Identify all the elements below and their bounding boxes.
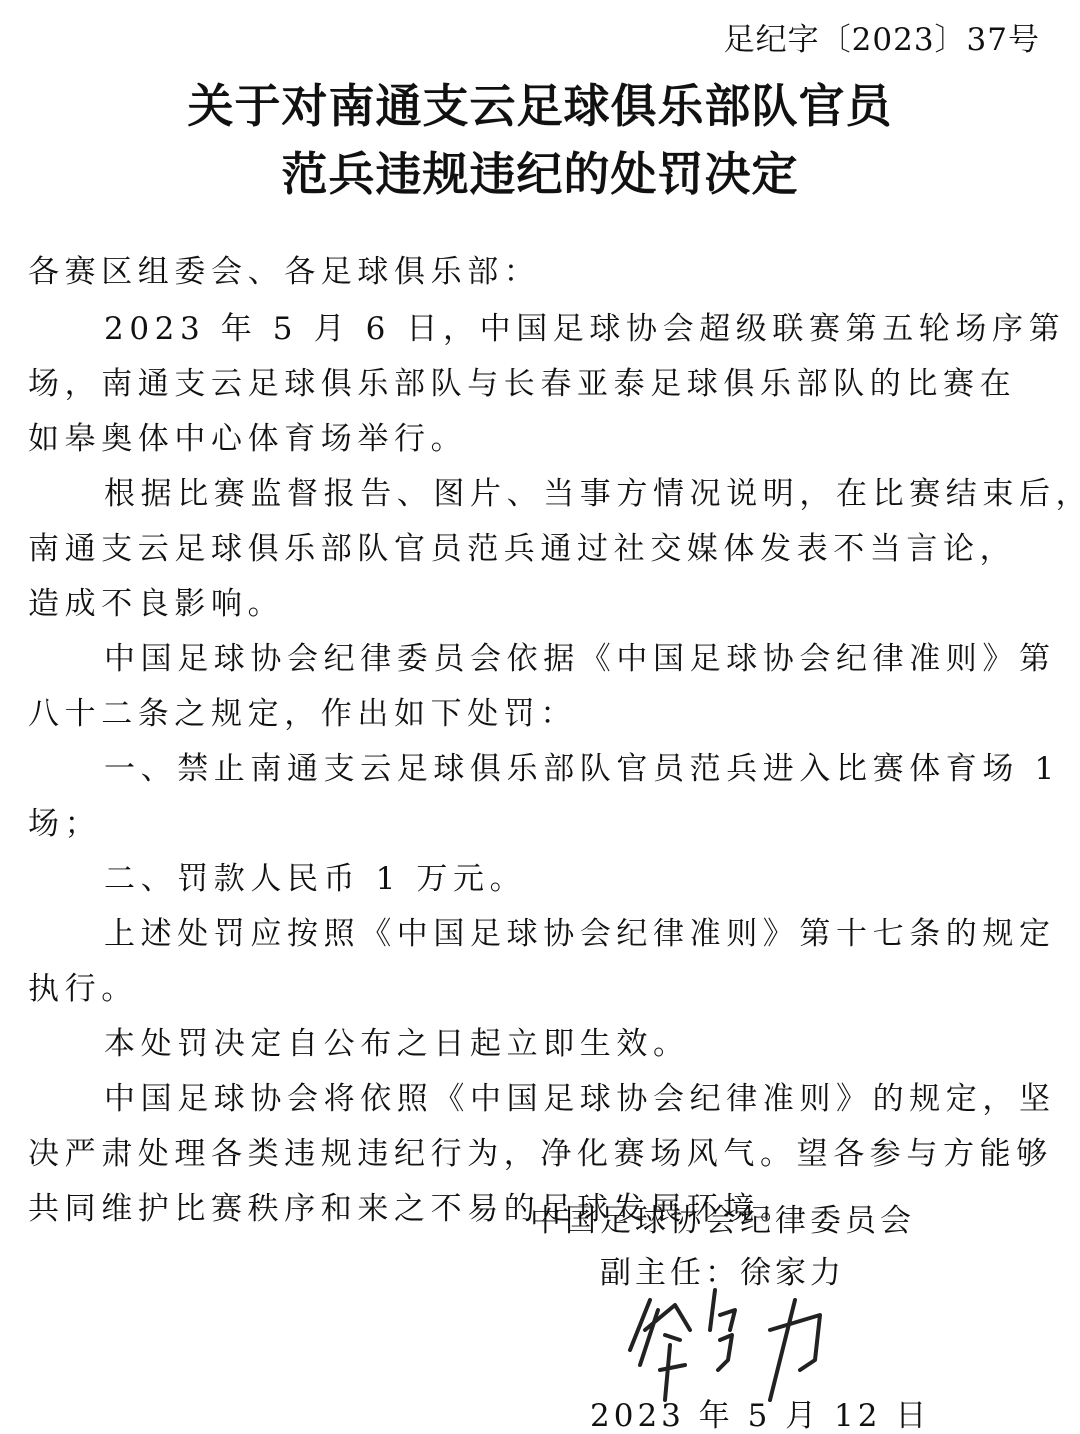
body-line: 场，南通支云足球俱乐部队与长春亚泰足球俱乐部队的比赛在 <box>28 364 1058 404</box>
body-line: 如皋奥体中心体育场举行。 <box>28 419 1058 459</box>
penalty-item-1: 一、禁止南通支云足球俱乐部队官员范兵进入比赛体育场 1 <box>104 749 1080 789</box>
penalty-item-2: 二、罚款人民币 1 万元。 <box>104 859 1080 899</box>
body-line: 造成不良影响。 <box>28 584 1058 624</box>
document-date: 2023 年 5 月 12 日 <box>590 1390 930 1434</box>
body-line: 上述处罚应按照《中国足球协会纪律准则》第十七条的规定 <box>104 914 1080 954</box>
body-line: 执行。 <box>28 969 1058 1009</box>
body-line: 决严肃处理各类违规违纪行为，净化赛场风气。望各参与方能够 <box>28 1134 1058 1174</box>
title-line-1: 关于对南通支云足球俱乐部队官员 <box>0 74 1080 138</box>
body-line: 八十二条之规定，作出如下处罚： <box>28 694 1058 734</box>
body-line: 中国足球协会纪律委员会依据《中国足球协会纪律准则》第 <box>104 639 1080 679</box>
issuing-organization: 中国足球协会纪律委员会 <box>530 1195 915 1240</box>
title-line-2: 范兵违规违纪的处罚决定 <box>0 142 1080 206</box>
body-line: 根据比赛监督报告、图片、当事方情况说明，在比赛结束后， <box>104 474 1080 514</box>
body-line: 场； <box>28 804 1058 844</box>
handwritten-signature-icon <box>620 1270 860 1410</box>
document-number: 足纪字〔2023〕37号 <box>724 14 1040 59</box>
body-line: 中国足球协会将依照《中国足球协会纪律准则》的规定，坚 <box>104 1079 1080 1119</box>
body-line: 南通支云足球俱乐部队官员范兵通过社交媒体发表不当言论， <box>28 529 1058 569</box>
body-line: 2023 年 5 月 6 日，中国足球协会超级联赛第五轮场序第 40 <box>104 309 1080 349</box>
body-line: 本处罚决定自公布之日起立即生效。 <box>104 1024 1080 1064</box>
salutation: 各赛区组委会、各足球俱乐部： <box>28 252 1058 292</box>
